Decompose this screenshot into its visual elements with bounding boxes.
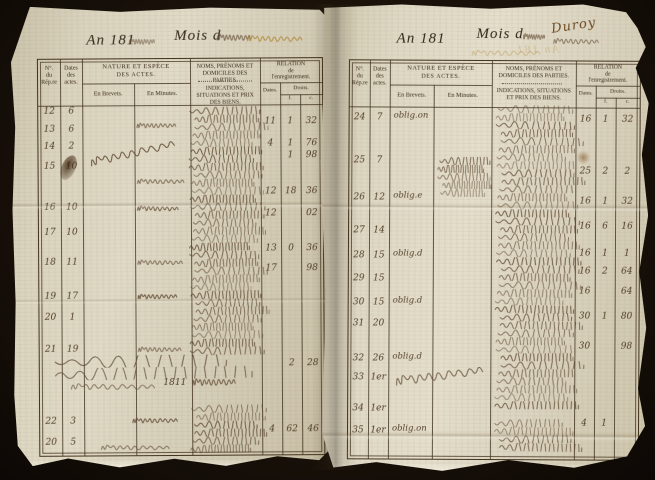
column-header-rel-droits: Droits.: [596, 89, 640, 96]
column-header-francs: f.: [596, 99, 616, 105]
entry-day: 7: [370, 112, 390, 122]
registration-row: 121836: [39, 186, 323, 188]
column-header-centimes: c.: [300, 95, 322, 101]
entry-number: 15: [39, 162, 61, 172]
column-rule: [134, 83, 137, 455]
handwritten-month-name: [217, 32, 251, 44]
entry-day: 1er: [368, 372, 388, 382]
column-header-rel-dates: Dates.: [576, 90, 596, 97]
entry-day: 2: [60, 142, 82, 152]
reg-centimes: 36: [301, 186, 323, 196]
reg-centimes: 32: [616, 115, 640, 125]
entry-number: 33: [348, 372, 368, 382]
reg-centimes: 32: [300, 116, 322, 126]
act-type: oblig.on: [392, 424, 427, 434]
entry-number: 26: [349, 192, 369, 202]
reg-francs: 1: [594, 419, 614, 429]
entry-day: 12: [369, 192, 389, 202]
handwriting-block: [190, 404, 266, 452]
entry-number: 19: [39, 292, 61, 302]
act-type: oblig.d: [392, 352, 422, 362]
reg-francs: 62: [282, 424, 302, 434]
column-rule: [490, 61, 493, 459]
entry-number: 18: [39, 258, 61, 268]
entry-day: 15: [369, 297, 389, 307]
act-type-handwriting: [137, 204, 179, 213]
entry-number: 20: [39, 313, 61, 323]
entry-day: 1er: [368, 403, 388, 413]
column-rule: [614, 98, 617, 460]
reg-centimes: 16: [615, 222, 639, 232]
column-header-brevets: En Brevets.: [82, 90, 134, 97]
column-header-relation: RELATION de l'enregistrement.: [576, 64, 640, 84]
entry-day: 1: [61, 313, 83, 323]
entry-day: 17: [61, 292, 83, 302]
reg-centimes: 98: [301, 263, 323, 273]
reg-centimes: 1: [615, 249, 639, 259]
reg-centimes: 02: [301, 208, 323, 218]
header-divider-squiggle: [502, 83, 562, 84]
act-type-handwriting-large: [88, 136, 177, 170]
reg-centimes: 46: [302, 424, 324, 434]
reg-francs: 0: [281, 243, 301, 253]
scanned-register-spread: An 181 Mois d N°. du Rép.re Dates des ac…: [0, 0, 655, 480]
column-header-nature-2: DES ACTES.: [82, 72, 190, 80]
entry-number: 32: [348, 353, 368, 363]
column-header-indications: INDICATIONS, SITUATIONS ET PRIX DES BIEN…: [494, 88, 574, 102]
act-type: oblig.d: [393, 296, 423, 306]
column-header-noms: NOMS, PRÉNOMS ET DOMICILES DES PARTIES.: [192, 63, 258, 84]
column-header-francs: f.: [280, 95, 300, 101]
reg-centimes: 36: [301, 243, 323, 253]
reg-centimes: 98: [614, 342, 638, 352]
column-rule: [432, 85, 435, 459]
entry-number: 29: [349, 273, 369, 283]
act-type-handwriting: [138, 345, 182, 354]
entry-number: 31: [349, 318, 369, 328]
column-header-centimes: c.: [616, 99, 640, 105]
entry-day: 14: [369, 225, 389, 235]
header-rule: [82, 83, 190, 85]
act-type: oblig.d: [393, 249, 423, 259]
reg-francs: 1: [595, 249, 615, 259]
left-table: N°. du Rép.re Dates des actes. NATURE ET…: [37, 57, 325, 457]
reg-centimes: 64: [615, 267, 639, 277]
column-header-brevets: En Brevets.: [390, 92, 434, 99]
reg-francs: 1: [596, 115, 616, 125]
act-type-handwriting: [132, 416, 178, 425]
entry-number: 22: [40, 417, 62, 427]
signature: Duroy: [550, 15, 597, 37]
reg-centimes: 80: [615, 312, 639, 322]
entry-number: 28: [349, 250, 369, 260]
column-header-minutes: En Minutes.: [134, 90, 190, 97]
entry-number: 27: [349, 225, 369, 235]
note-year: 1811: [160, 378, 190, 388]
column-header-nature: NATURE ET ESPÈCE: [390, 65, 492, 73]
entry-day: 15: [369, 273, 389, 283]
entry-number: 16: [39, 203, 61, 213]
act-type-handwriting: [137, 258, 183, 267]
entry-day: 7: [369, 155, 389, 165]
right-page: An 181 Mois d An 181 Duroy N°. du Rép.re…: [317, 3, 649, 473]
column-header-rel-dates: Dates.: [260, 87, 280, 94]
entry-day: 20: [369, 318, 389, 328]
reg-centimes: 28: [302, 358, 324, 368]
ochre-annotation: [471, 48, 541, 58]
reg-centimes: 76: [300, 138, 322, 148]
column-header-number: N°. du Rép.re: [350, 66, 370, 87]
column-header-indications: INDICATIONS, SITUATIONS ET PRIX DES BIEN…: [192, 85, 258, 106]
signature-flourish: [553, 36, 599, 46]
registration-row: 13036: [39, 243, 323, 245]
entry-number: 14: [38, 142, 60, 152]
handwriting-block: [494, 105, 582, 409]
reg-francs: 1: [595, 197, 615, 207]
column-header-nature: NATURE ET ESPÈCE: [82, 63, 190, 71]
column-header-relation: RELATION de l'enregistrement.: [260, 61, 322, 81]
entry-number: 34: [348, 403, 368, 413]
reg-francs: 18: [281, 186, 301, 196]
reg-francs: 1: [280, 138, 300, 148]
entry-day: 1er: [368, 425, 388, 435]
left-page: An 181 Mois d N°. du Rép.re Dates des ac…: [11, 5, 336, 469]
column-header-noms: NOMS, PRÉNOMS ET DOMICILES DES PARTIES.: [494, 66, 574, 80]
reg-centimes: 32: [615, 197, 639, 207]
entry-day: 19: [62, 345, 84, 355]
handwritten-year-suffix: [129, 36, 155, 47]
column-header-rel-droits: Droits.: [280, 85, 322, 92]
reg-francs: 1: [280, 150, 300, 160]
reg-centimes: 98: [300, 150, 322, 160]
entry-day: 5: [62, 438, 84, 448]
entry-number: 12: [38, 107, 60, 117]
column-header-dates: Dates des actes.: [370, 66, 390, 87]
act-type-handwriting: [137, 177, 185, 186]
column-header-dates: Dates des actes.: [60, 66, 82, 87]
handwriting-block: [437, 157, 491, 197]
reg-francs: 2: [282, 358, 302, 368]
entry-day: 3: [62, 417, 84, 427]
note-signature-flourish: [192, 376, 236, 389]
header-rule: [576, 85, 640, 86]
entry-number: 13: [38, 125, 60, 135]
header-rule: [260, 82, 322, 83]
column-header-minutes: En Minutes.: [434, 92, 492, 99]
right-table: N°. du Rép.re Dates des actes. NATURE ET…: [347, 59, 641, 461]
reg-francs: 2: [595, 167, 615, 177]
act-type-handwriting: [136, 121, 176, 130]
entry-number: 20: [40, 438, 62, 448]
reg-centimes: 64: [615, 287, 639, 297]
entry-number: 25: [349, 155, 369, 165]
column-header-nature-2: DES ACTES.: [390, 74, 492, 81]
reg-centimes: 2: [615, 167, 639, 177]
entry-day: 10: [61, 203, 83, 213]
act-type: oblig.on: [394, 111, 429, 121]
act-type-handwriting: [100, 443, 170, 452]
column-header-number: N°. du Rép.re: [38, 66, 60, 87]
entry-number: 30: [349, 297, 369, 307]
act-type-handwriting-large: [393, 361, 485, 391]
handwriting-block: [188, 106, 266, 354]
entry-number: 24: [350, 112, 370, 122]
ochre-annotation: [247, 33, 303, 44]
entry-day: 10: [61, 162, 83, 172]
handwriting-block: [494, 419, 580, 451]
registration-row: 4176: [38, 138, 322, 140]
header-rule: [390, 85, 492, 87]
reg-francs: 6: [595, 222, 615, 232]
entry-number: 35: [348, 425, 368, 435]
reg-francs: 2: [595, 267, 615, 277]
entry-number: 21: [40, 345, 62, 355]
entry-number: 17: [39, 228, 61, 238]
entry-day: 6: [60, 125, 82, 135]
entry-day: 26: [368, 353, 388, 363]
reg-francs: 1: [280, 116, 300, 126]
handwritten-month-name: [523, 31, 545, 42]
act-type-handwriting: [137, 292, 177, 301]
entry-day: 10: [61, 228, 83, 238]
entry-day: 6: [60, 107, 82, 117]
entry-day: 11: [61, 258, 83, 268]
verification-note-handwriting: [70, 381, 156, 393]
reg-francs: 1: [595, 312, 615, 322]
act-type: oblig.e: [393, 191, 422, 201]
entry-day: 15: [369, 250, 389, 260]
